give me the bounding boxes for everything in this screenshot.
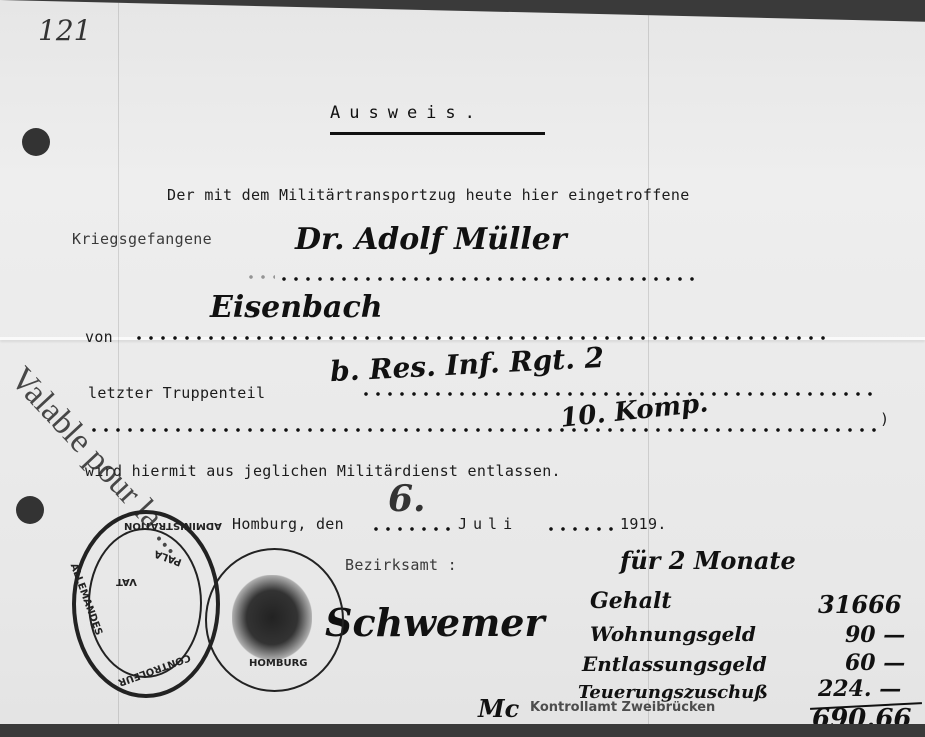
pay-amount-allowance: 224. — bbox=[818, 676, 901, 702]
unit-line-1: b. Res. Inf. Rgt. 2 bbox=[329, 341, 605, 388]
dotted-line bbox=[360, 392, 880, 396]
seal-text: HOMBURG bbox=[249, 658, 307, 669]
dotted-line bbox=[545, 527, 615, 531]
intro-line: Der mit dem Militärtransportzug heute hi… bbox=[167, 186, 690, 204]
pay-label-salary: Gehalt bbox=[590, 588, 672, 614]
pay-amount-discharge: 60 — bbox=[845, 650, 905, 676]
pay-label-discharge: Entlassungsgeld bbox=[582, 652, 767, 676]
paper-fold bbox=[648, 0, 649, 724]
label-from: von bbox=[85, 328, 113, 346]
date-day: 6. bbox=[388, 478, 426, 520]
from-place: Eisenbach bbox=[210, 290, 383, 325]
label-prisoner: Kriegsgefangene bbox=[72, 230, 212, 248]
dotted-line bbox=[245, 275, 275, 279]
pay-amount-housing: 90 — bbox=[845, 622, 905, 648]
document-sheet: 121 Ausweis. Der mit dem Militärtranspor… bbox=[0, 0, 925, 724]
crown-crest-icon bbox=[232, 575, 312, 660]
scan-background bbox=[0, 724, 925, 737]
round-control-stamp: ADMINISTRATION ALLEMANDES CONTROLEUR PAL… bbox=[72, 510, 220, 698]
discharge-line: wird hiermit aus jeglichen Militärdienst… bbox=[85, 462, 561, 480]
dotted-line bbox=[88, 428, 878, 432]
stamp-text-top: ADMINISTRATION bbox=[124, 520, 222, 531]
official-signature: Schwemer bbox=[325, 600, 545, 645]
date-month: Juli bbox=[458, 515, 518, 533]
prisoner-name: Dr. Adolf Müller bbox=[295, 222, 567, 257]
kontrollamt-stamp: Kontrollamt Zweibrücken bbox=[530, 700, 715, 715]
place-date-prefix: Homburg, den bbox=[232, 515, 344, 533]
document-title: Ausweis. bbox=[330, 103, 484, 123]
punch-hole bbox=[22, 128, 50, 156]
initials: Mc bbox=[478, 694, 519, 723]
pay-header: für 2 Monate bbox=[620, 546, 796, 575]
title-underline bbox=[330, 132, 545, 135]
punch-hole bbox=[16, 496, 44, 524]
dotted-line bbox=[133, 336, 833, 340]
dotted-line bbox=[370, 527, 450, 531]
dotted-line bbox=[278, 277, 698, 281]
closing-parenthesis: ) bbox=[880, 410, 889, 428]
office-label: Bezirksamt : bbox=[345, 556, 457, 574]
stamp-inner-text-2: VAT bbox=[116, 576, 137, 587]
official-seal-stamp: HOMBURG bbox=[205, 548, 344, 692]
label-last-unit: letzter Truppenteil bbox=[88, 384, 265, 402]
pay-amount-salary: 31666 bbox=[818, 590, 902, 619]
page-number: 121 bbox=[38, 14, 91, 47]
pay-label-housing: Wohnungsgeld bbox=[590, 622, 756, 646]
date-year: 1919. bbox=[620, 515, 667, 533]
